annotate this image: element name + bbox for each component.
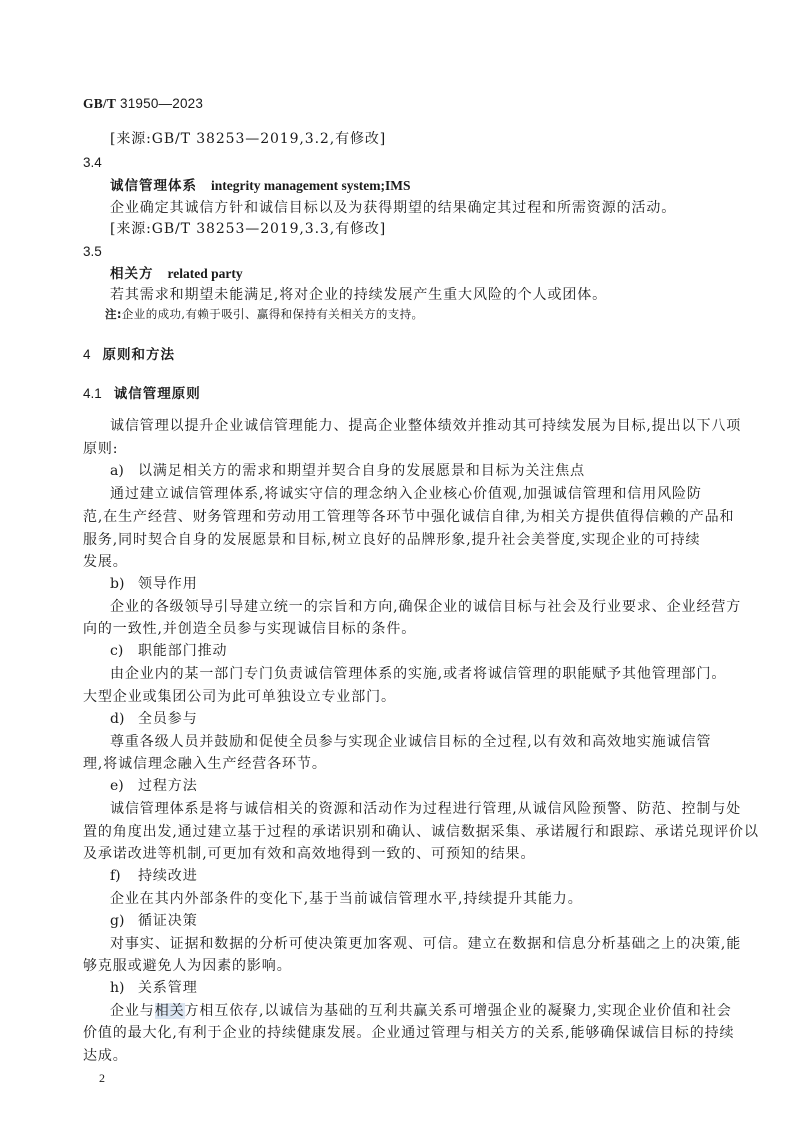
list-item-title: 持续改进	[138, 868, 198, 884]
paragraph-line: 置的角度出发,通过建立基于过程的承诺识别和确认、诚信数据采集、承诺履行和跟踪、承…	[83, 822, 759, 842]
paragraph-line: 企业在其内外部条件的变化下,基于当前诚信管理水平,持续提升其能力。	[110, 889, 583, 909]
text-span: 方相互依存,以诚信为基础的互利共赢关系可增强企业的凝聚力,实现企业价值和社会	[185, 1003, 732, 1019]
paragraph-line: 企业的各级领导引导建立统一的宗旨和方向,确保企业的诚信目标与社会及行业要求、企业…	[110, 597, 741, 617]
list-item-title: 关系管理	[138, 980, 198, 996]
paragraph-line: 诚信管理以提升企业诚信管理能力、提高企业整体绩效并推动其可持续发展为目标,提出以…	[110, 416, 741, 436]
clause-number: 3.4	[83, 153, 102, 173]
subsection-number: 4.1	[83, 386, 102, 401]
paragraph-line: 尊重各级人员并鼓励和促使全员参与实现企业诚信目标的全过程,以有效和高效地实施诚信…	[110, 732, 711, 752]
list-marker: e)	[110, 776, 138, 796]
list-item-c: c)职能部门推动	[110, 641, 227, 661]
list-marker: f)	[110, 866, 138, 886]
standard-code: GB/T	[83, 96, 116, 111]
list-item-h: h)关系管理	[110, 978, 198, 998]
text-span: 企业与	[110, 1003, 155, 1019]
paragraph-line: 对事实、证据和数据的分析可使决策更加客观、可信。建立在数据和信息分析基础之上的决…	[110, 934, 741, 954]
paragraph-line: 向的一致性,并创造全员参与实现诚信目标的条件。	[83, 619, 416, 639]
standard-number: 31950—2023	[120, 96, 203, 111]
subsection-heading: 4.1诚信管理原则	[83, 384, 201, 404]
list-item-title: 循证决策	[138, 913, 198, 929]
list-item-title: 领导作用	[138, 576, 198, 592]
document-page: GB/T 31950—2023 [来源:GB/T 38253—2019,3.2,…	[0, 0, 794, 1123]
list-item-title: 过程方法	[138, 778, 198, 794]
clause-number: 3.5	[83, 242, 102, 262]
paragraph-line: 理,将诚信理念融入生产经营各环节。	[83, 754, 327, 774]
source-reference: [来源:GB/T 38253—2019,3.2,有修改]	[110, 129, 386, 149]
list-marker: a)	[110, 461, 138, 481]
list-marker: h)	[110, 978, 138, 998]
paragraph-line: 发展。	[83, 552, 128, 572]
note-label: 注:	[105, 307, 122, 321]
paragraph-line: 企业与相关方相互依存,以诚信为基础的互利共赢关系可增强企业的凝聚力,实现企业价值…	[110, 1001, 732, 1021]
paragraph-line: 达成。	[83, 1046, 128, 1066]
term-english: related party	[168, 266, 243, 281]
paragraph-line: 由企业内的某一部门专门负责诚信管理体系的实施,或者将诚信管理的职能赋予其他管理部…	[110, 664, 726, 684]
text-highlight[interactable]: 相关	[155, 1003, 185, 1019]
list-item-title: 职能部门推动	[138, 643, 227, 659]
term-chinese: 相关方	[110, 266, 154, 282]
term-heading: 相关方related party	[110, 264, 243, 284]
paragraph-line: 及承诺改进等机制,可更加有效和高效地得到一致的、可预知的结果。	[83, 844, 535, 864]
note-text: 企业的成功,有赖于吸引、赢得和保持有关相关方的支持。	[122, 307, 424, 321]
paragraph-line: 大型企业或集团公司为此可单独设立专业部门。	[83, 687, 396, 707]
standard-header: GB/T 31950—2023	[83, 96, 203, 112]
list-item-title: 以满足相关方的需求和期望并契合自身的发展愿景和目标为关注焦点	[138, 463, 585, 479]
section-number: 4	[83, 347, 91, 362]
list-marker: d)	[110, 709, 138, 729]
term-chinese: 诚信管理体系	[110, 178, 197, 194]
paragraph-line: 通过建立诚信管理体系,将诚实守信的理念纳入企业核心价值观,加强诚信管理和信用风险…	[110, 484, 702, 504]
paragraph-line: 服务,同时契合自身的发展愿景和目标,树立良好的品牌形象,提升社会美誉度,实现企业…	[83, 530, 700, 550]
list-item-f: f)持续改进	[110, 866, 198, 886]
paragraph-line: 够克服或避免人为因素的影响。	[83, 956, 292, 976]
note: 注:企业的成功,有赖于吸引、赢得和保持有关相关方的支持。	[105, 304, 423, 324]
list-item-b: b)领导作用	[110, 574, 198, 594]
page-number: 2	[99, 1071, 105, 1086]
list-marker: g)	[110, 911, 138, 931]
list-item-title: 全员参与	[138, 711, 198, 727]
paragraph-line: 原则:	[83, 439, 118, 459]
term-english: integrity management system;IMS	[211, 178, 410, 193]
source-reference: [来源:GB/T 38253—2019,3.3,有修改]	[110, 219, 386, 239]
section-heading: 4原则和方法	[83, 345, 175, 365]
paragraph-line: 范,在生产经营、财务管理和劳动用工管理等各环节中强化诚信自律,为相关方提供值得信…	[83, 507, 734, 527]
list-item-e: e)过程方法	[110, 776, 198, 796]
list-marker: c)	[110, 641, 138, 661]
paragraph-line: 价值的最大化,有利于企业的持续健康发展。企业通过管理与相关方的关系,能够确保诚信…	[83, 1023, 734, 1043]
subsection-title: 诚信管理原则	[114, 386, 201, 402]
list-item-d: d)全员参与	[110, 709, 198, 729]
section-title: 原则和方法	[103, 347, 176, 363]
paragraph-line: 诚信管理体系是将与诚信相关的资源和活动作为过程进行管理,从诚信风险预警、防范、控…	[110, 799, 741, 819]
list-item-g: g)循证决策	[110, 911, 198, 931]
term-heading: 诚信管理体系integrity management system;IMS	[110, 176, 410, 196]
term-definition: 企业确定其诚信方针和诚信目标以及为获得期望的结果确定其过程和所需资源的活动。	[110, 198, 676, 218]
list-item-a: a)以满足相关方的需求和期望并契合自身的发展愿景和目标为关注焦点	[110, 461, 585, 481]
term-definition: 若其需求和期望未能满足,将对企业的持续发展产生重大风险的个人或团体。	[110, 285, 607, 305]
list-marker: b)	[110, 574, 138, 594]
